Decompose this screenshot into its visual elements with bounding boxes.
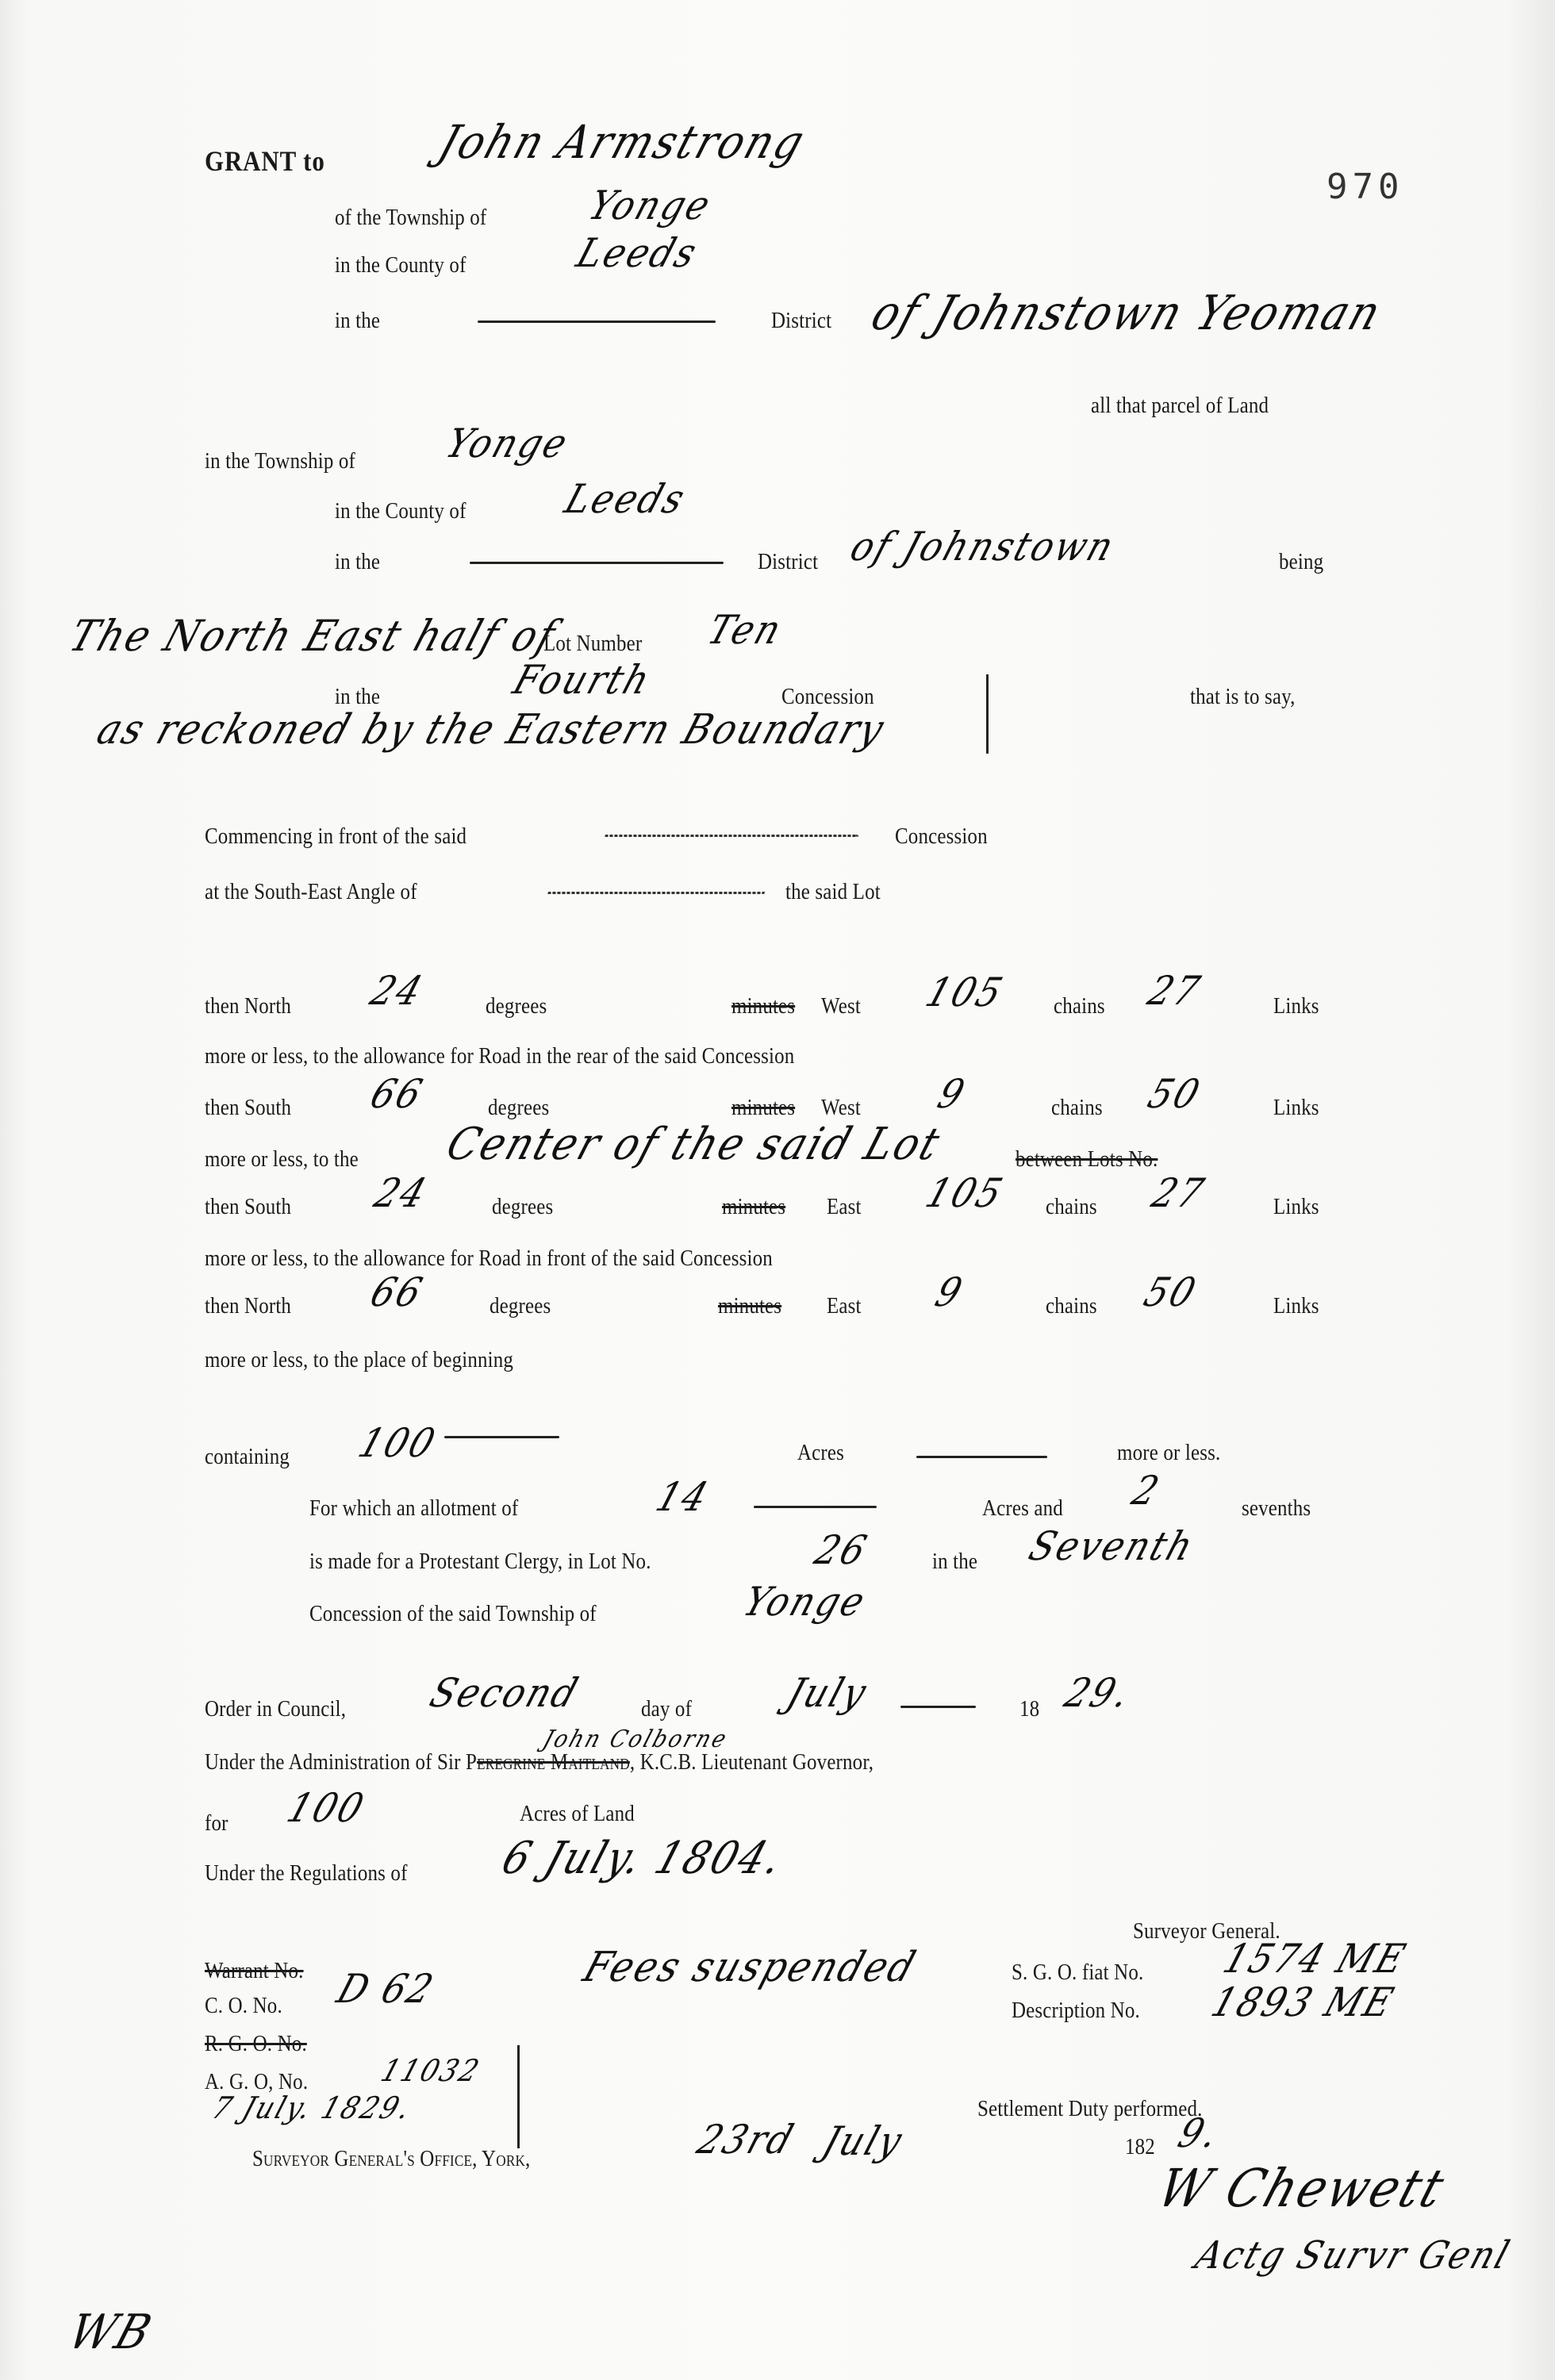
parcel-in-the-label: in the xyxy=(335,549,380,575)
bracket-line xyxy=(986,674,989,754)
bearing-1-minutes-label: minutes xyxy=(731,993,795,1019)
parcel-township-label: in the Township of xyxy=(205,448,355,474)
bearing-1-to-text: more or less, to the allowance for Road … xyxy=(205,1043,794,1069)
parcel-district-label: District xyxy=(758,549,818,575)
allotment-label: For which an allotment of xyxy=(309,1495,518,1522)
order-day-of-label: day of xyxy=(641,1696,692,1722)
regulations-label: Under the Regulations of xyxy=(205,1860,408,1887)
regulations-date: 6 July. 1804. xyxy=(496,1833,790,1884)
being-label: being xyxy=(1279,549,1323,575)
clergy-lot-value: 26 xyxy=(809,1527,874,1573)
parcel-district-value: of Johnstown xyxy=(845,524,1121,570)
bearing-1-chains-label: chains xyxy=(1054,993,1105,1019)
admin-label: Under the Administration of Sir P xyxy=(205,1749,477,1775)
bearing-3-direction: East xyxy=(827,1194,862,1220)
township-value: Yonge xyxy=(583,182,718,228)
commencing-label: Commencing in front of the said xyxy=(205,823,466,850)
reckoning-note: as reckoned by the Eastern Boundary xyxy=(91,706,892,754)
bearing-4-chains-label: chains xyxy=(1046,1293,1097,1319)
for-label: for xyxy=(205,1810,228,1837)
bearing-3-to-text: more or less, to the allowance for Road … xyxy=(205,1246,773,1272)
bearing-2-chains: 9 xyxy=(932,1071,972,1117)
grant-label: GRANT to xyxy=(205,144,325,178)
bearing-1-chains: 105 xyxy=(920,969,1010,1015)
ago-date: 7 July. 1829. xyxy=(208,2090,417,2125)
bearing-4-minutes-label: minutes xyxy=(718,1293,781,1319)
acres-of-land-label: Acres of Land xyxy=(520,1801,635,1827)
clergy-concession-value: Seventh xyxy=(1023,1523,1200,1569)
order-day: Second xyxy=(424,1670,586,1716)
bearing-3-minutes-label: minutes xyxy=(722,1194,785,1220)
clergy-township-value: Yonge xyxy=(738,1579,873,1625)
bearing-1-links: 27 xyxy=(1142,968,1208,1014)
lot-number-value: Ten xyxy=(702,607,789,653)
allotment-dash xyxy=(754,1506,877,1508)
bearing-3-chains-label: chains xyxy=(1046,1194,1097,1220)
settlement-year-prefix: 182 xyxy=(1125,2134,1155,2160)
parcel-blank-dash xyxy=(470,562,724,564)
sevenths-value: 2 xyxy=(1127,1468,1166,1514)
admin-suffix: , K.C.B. Lieutenant Governor, xyxy=(630,1749,873,1775)
bearing-3-prefix: then South xyxy=(205,1194,291,1220)
description-label: Description No. xyxy=(1012,1998,1140,2024)
admin-struck-name: eregrine Maitland xyxy=(477,1749,630,1775)
ago-bracket xyxy=(517,2045,520,2148)
bearing-2-direction: West xyxy=(821,1095,861,1121)
sgo-fiat-label: S. G. O. fiat No. xyxy=(1012,1960,1143,1986)
bearing-2-to-struck: between Lots No. xyxy=(1016,1146,1158,1173)
bearing-4-to-text: more or less, to the place of beginning xyxy=(205,1347,513,1373)
co-label: C. O. No. xyxy=(205,1993,282,2019)
clergy-lot-label: is made for a Protestant Clergy, in Lot … xyxy=(309,1549,651,1575)
clergy-in-the-label: in the xyxy=(932,1549,977,1575)
township-label: of the Township of xyxy=(335,205,486,231)
bearing-3-degrees: 24 xyxy=(369,1170,434,1216)
bearing-2-links-label: Links xyxy=(1273,1095,1319,1121)
bearing-3-links: 27 xyxy=(1146,1170,1211,1216)
containing-blank xyxy=(916,1456,1047,1458)
containing-label: containing xyxy=(205,1444,290,1470)
sevenths-label: sevenths xyxy=(1242,1495,1311,1522)
bearing-2-minutes-label: minutes xyxy=(731,1095,795,1121)
sgo-fiat-value: 1574 ME xyxy=(1218,1936,1413,1982)
parcel-township-value: Yonge xyxy=(440,420,575,466)
warrant-label: Warrant No. xyxy=(205,1958,304,1984)
order-year-prefix: 18 xyxy=(1019,1696,1039,1722)
office-label: Surveyor General's Office, York, xyxy=(252,2146,530,2172)
bearing-2-chains-label: chains xyxy=(1051,1095,1103,1121)
document-number-stamp: 970 xyxy=(1327,167,1403,207)
se-angle-end: the said Lot xyxy=(785,879,881,905)
allotment-acres: 14 xyxy=(651,1474,716,1520)
order-month: July xyxy=(781,1670,873,1716)
bearing-4-degrees: 66 xyxy=(365,1269,430,1315)
bearing-1-links-label: Links xyxy=(1273,993,1319,1019)
district-label: District xyxy=(771,308,831,334)
signature: W Chewett xyxy=(1150,2158,1453,2219)
bearing-4-links-label: Links xyxy=(1273,1293,1319,1319)
office-day: 23rd xyxy=(692,2117,801,2163)
blank-dash xyxy=(478,321,716,323)
acres-and-label: Acres and xyxy=(982,1495,1063,1522)
clerk-initials: WB xyxy=(62,2305,159,2360)
lot-prefix: The North East half of xyxy=(63,611,563,661)
county-label: in the County of xyxy=(335,252,466,278)
bearing-1-degrees: 24 xyxy=(365,968,430,1014)
concession-ordinal: Fourth xyxy=(508,657,657,703)
clergy-concession-label: Concession of the said Township of xyxy=(309,1601,597,1627)
for-acres: 100 xyxy=(282,1785,371,1831)
order-month-dash xyxy=(900,1706,976,1708)
co-value: D 62 xyxy=(332,1966,440,2012)
se-angle-label: at the South-East Angle of xyxy=(205,879,417,905)
se-angle-blank xyxy=(547,892,766,894)
that-is-to-say: that is to say, xyxy=(1190,684,1296,710)
district-value: of Johnstown Yeoman xyxy=(865,286,1389,341)
lot-number-label: Lot Number xyxy=(543,631,642,657)
containing-acres: 100 xyxy=(353,1420,443,1466)
signature-title: Actg Survr Genl xyxy=(1190,2233,1516,2278)
bearing-2-deg-label: degrees xyxy=(488,1095,549,1121)
settlement-label: Settlement Duty performed. xyxy=(977,2096,1203,2122)
bearing-2-links: 50 xyxy=(1142,1071,1208,1117)
bearing-1-deg-label: degrees xyxy=(486,993,547,1019)
ago-value: 11032 xyxy=(377,2053,486,2088)
in-the-label: in the xyxy=(335,308,380,334)
containing-acres-label: Acres xyxy=(797,1440,844,1466)
parcel-county-value: Leeds xyxy=(559,476,692,522)
bearing-4-direction: East xyxy=(827,1293,862,1319)
bearing-4-links: 50 xyxy=(1138,1269,1204,1315)
admin-label-row: Under the Administration of Sir Peregrin… xyxy=(205,1749,873,1775)
commencing-end: Concession xyxy=(895,823,988,850)
bearing-1-prefix: then North xyxy=(205,993,291,1019)
parcel-intro: all that parcel of Land xyxy=(1091,393,1269,419)
fees-note: Fees suspended xyxy=(578,1944,923,1991)
office-month: July xyxy=(817,2118,909,2164)
bearing-1-direction: West xyxy=(821,993,861,1019)
commencing-blank xyxy=(605,835,858,837)
order-label: Order in Council, xyxy=(205,1696,346,1722)
more-or-less: more or less. xyxy=(1117,1440,1220,1466)
order-year-suffix: 29. xyxy=(1059,1670,1138,1716)
bearing-3-deg-label: degrees xyxy=(492,1194,553,1220)
bearing-3-links-label: Links xyxy=(1273,1194,1319,1220)
county-value: Leeds xyxy=(571,230,704,276)
land-grant-document: 970 GRANT to John Armstrong of the Towns… xyxy=(0,0,1555,2380)
bearing-4-prefix: then North xyxy=(205,1293,291,1319)
rgo-label: R. G. O. No. xyxy=(205,2031,307,2057)
bearing-3-chains: 105 xyxy=(920,1170,1010,1216)
bearing-2-prefix: then South xyxy=(205,1095,291,1121)
bearing-2-to-handwritten: Center of the said Lot xyxy=(440,1119,948,1170)
containing-acres-dash xyxy=(444,1436,559,1438)
bearing-2-to-text: more or less, to the xyxy=(205,1146,359,1173)
description-value: 1893 ME xyxy=(1206,1979,1401,2025)
grantee-name: John Armstrong xyxy=(432,115,812,169)
bearing-4-deg-label: degrees xyxy=(490,1293,551,1319)
bearing-2-degrees: 66 xyxy=(365,1071,430,1117)
bearing-4-chains: 9 xyxy=(930,1269,969,1315)
parcel-county-label: in the County of xyxy=(335,498,466,524)
